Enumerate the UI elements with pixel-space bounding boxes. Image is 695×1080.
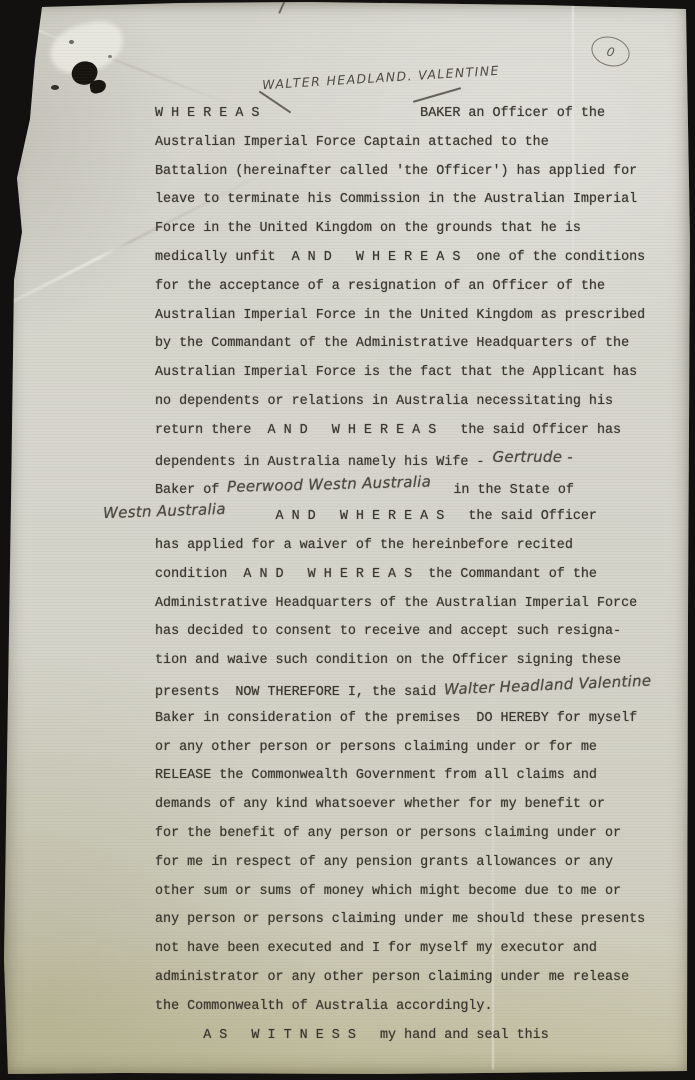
- document-line: by the Commandant of the Administrative …: [155, 330, 655, 359]
- typed-text: tion and waive such condition on the Off…: [155, 653, 621, 668]
- document-line: leave to terminate his Commission in the…: [155, 186, 655, 215]
- typed-text: W H E R E A S BAKER an Officer of the: [155, 106, 605, 121]
- document-line: not have been executed and I for myself …: [155, 935, 655, 964]
- typed-text: Baker in consideration of the premises D…: [155, 711, 637, 726]
- document-line: Australian Imperial Force is the fact th…: [155, 359, 655, 388]
- page-number: 0: [605, 44, 616, 59]
- page-number-circle: 0: [588, 32, 634, 71]
- typed-text: the Commonwealth of Australia accordingl…: [155, 999, 493, 1014]
- typed-text: leave to terminate his Commission in the…: [155, 192, 637, 207]
- typed-text: for me in respect of any pension grants …: [155, 855, 613, 870]
- handwritten-text: Westn Australia: [103, 495, 227, 528]
- typed-text: Force in the United Kingdom on the groun…: [155, 221, 581, 236]
- document-line: Baker in consideration of the premises D…: [155, 705, 655, 734]
- typed-text: has applied for a waiver of the hereinbe…: [155, 538, 573, 553]
- handwritten-text: Peerwood Westn Australia: [227, 468, 446, 502]
- typed-text: presents NOW THEREFORE I, the said: [155, 685, 444, 700]
- typed-text: no dependents or relations in Australia …: [155, 394, 613, 409]
- document-line: other sum or sums of money which might b…: [155, 878, 655, 907]
- typed-text: Administrative Headquarters of the Austr…: [155, 596, 637, 611]
- document-line: has applied for a waiver of the hereinbe…: [155, 532, 655, 561]
- document-line: no dependents or relations in Australia …: [155, 388, 655, 417]
- paper-hole: [108, 55, 112, 58]
- typed-text: for the acceptance of a resignation of a…: [155, 279, 605, 294]
- typed-text: A S W I T N E S S my hand and seal this: [155, 1028, 549, 1043]
- typed-text: return there A N D W H E R E A S the sai…: [155, 423, 621, 438]
- document-line: any person or persons claiming under me …: [155, 906, 655, 935]
- document-line: the Commonwealth of Australia accordingl…: [155, 993, 655, 1022]
- document-page: 0 WALTER HEADLAND. VALENTINE W H E R E A…: [0, 0, 695, 1080]
- paper-hole: [89, 78, 107, 94]
- document-line: condition A N D W H E R E A S the Comman…: [155, 561, 655, 590]
- document-line: return there A N D W H E R E A S the sai…: [155, 417, 655, 446]
- typed-text: or any other person or persons claiming …: [155, 740, 597, 755]
- document-line: has decided to consent to receive and ac…: [155, 618, 655, 647]
- typed-text: has decided to consent to receive and ac…: [155, 624, 621, 639]
- document-line: Baker of Peerwood Westn Australia in the…: [155, 474, 655, 503]
- typed-text: any person or persons claiming under me …: [155, 912, 645, 927]
- document-line: W H E R E A S BAKER an Officer of the: [155, 100, 655, 129]
- typed-text: for the benefit of any person or persons…: [155, 826, 621, 841]
- typed-text: in the State of: [445, 483, 574, 498]
- document-body: W H E R E A S BAKER an Officer of theAus…: [155, 100, 655, 1050]
- document-line: Westn Australia A N D W H E R E A S the …: [155, 503, 655, 532]
- document-line: Australian Imperial Force in the United …: [155, 302, 655, 331]
- paper-hole: [51, 85, 59, 90]
- document-line: Administrative Headquarters of the Austr…: [155, 590, 655, 619]
- document-line: presents NOW THEREFORE I, the said Walte…: [155, 676, 655, 705]
- typed-text: Australian Imperial Force Captain attach…: [155, 135, 549, 150]
- typed-text: condition A N D W H E R E A S the Comman…: [155, 567, 597, 582]
- document-line: demands of any kind whatsoever whether f…: [155, 791, 655, 820]
- typed-text: Australian Imperial Force in the United …: [155, 308, 645, 323]
- typed-text: Battalion (hereinafter called 'the Offic…: [155, 164, 637, 179]
- typed-text: RELEASE the Commonwealth Government from…: [155, 768, 597, 783]
- document-line: Battalion (hereinafter called 'the Offic…: [155, 158, 655, 187]
- document-line: A S W I T N E S S my hand and seal this: [155, 1022, 655, 1051]
- document-line: administrator or any other person claimi…: [155, 964, 655, 993]
- document-line: for the benefit of any person or persons…: [155, 820, 655, 849]
- document-line: Australian Imperial Force Captain attach…: [155, 129, 655, 158]
- pencil-mark: [278, 0, 286, 14]
- document-line: for me in respect of any pension grants …: [155, 849, 655, 878]
- handwritten-text: Gertrude -: [493, 448, 574, 466]
- paper-hole: [69, 40, 74, 44]
- typed-text: administrator or any other person claimi…: [155, 970, 629, 985]
- handwritten-name-annotation: WALTER HEADLAND. VALENTINE: [262, 63, 500, 92]
- document-line: or any other person or persons claiming …: [155, 734, 655, 763]
- document-line: medically unfit A N D W H E R E A S one …: [155, 244, 655, 273]
- typed-text: Australian Imperial Force is the fact th…: [155, 365, 637, 380]
- typed-text: demands of any kind whatsoever whether f…: [155, 797, 605, 812]
- typed-text: not have been executed and I for myself …: [155, 941, 597, 956]
- document-line: Force in the United Kingdom on the groun…: [155, 215, 655, 244]
- document-line: for the acceptance of a resignation of a…: [155, 273, 655, 302]
- document-line: RELEASE the Commonwealth Government from…: [155, 762, 655, 791]
- typed-text: by the Commandant of the Administrative …: [155, 336, 629, 351]
- typed-text: medically unfit A N D W H E R E A S one …: [155, 250, 645, 265]
- typed-text: other sum or sums of money which might b…: [155, 884, 621, 899]
